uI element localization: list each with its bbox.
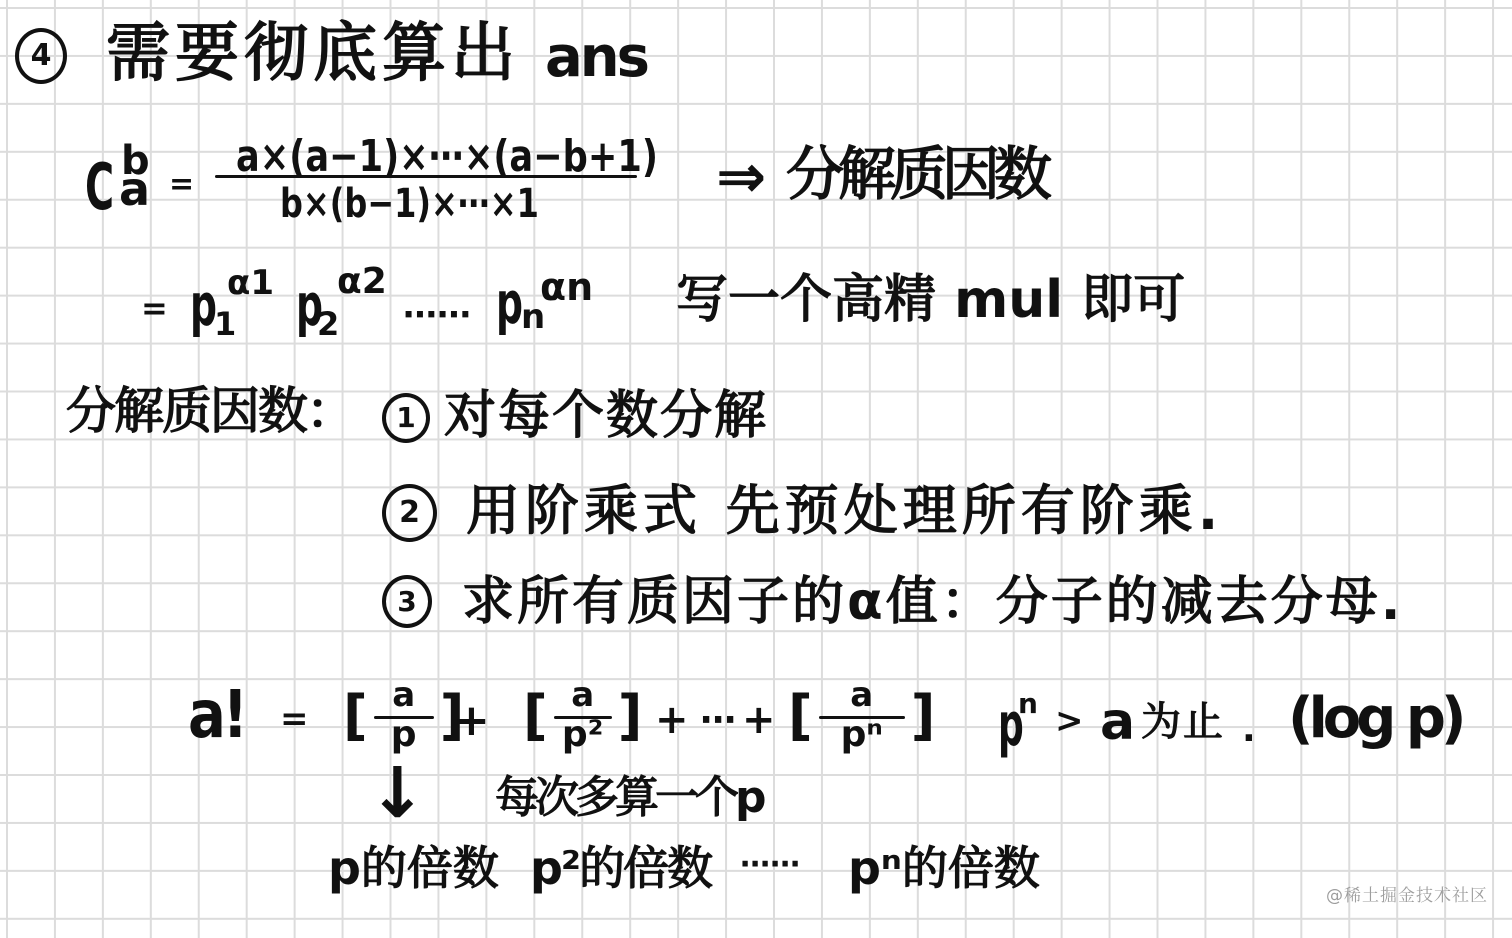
fraction-denominator: b×(b−1)×⋯×1 [280,184,539,224]
fraction-denominator: p [391,717,417,753]
plus-sign: + [655,700,689,740]
equals-sign: = [141,292,168,324]
fraction-bar [215,175,637,178]
bracket-close: ] [618,689,643,743]
prime-exponent: αn [540,268,593,306]
heading-title: 需要彻底算出 [106,22,520,86]
bracket-open: [ [788,689,813,743]
floor-term: [ a pⁿ ] [788,678,935,753]
combination-symbol: C [85,156,114,220]
down-arrow-icon: ↓ [368,758,427,828]
stop-period: . [1242,712,1256,748]
heading-number: 4 [31,41,52,71]
fraction-numerator: a×(a−1)×⋯×(a−b+1) [236,135,658,179]
fraction: a p² [554,678,612,753]
prime-exponent: α2 [337,264,387,300]
step-text: 对每个数分解 [444,390,768,442]
fraction-numerator: a [571,678,594,712]
heading-number-circle: 4 [15,28,67,84]
fraction-denominator: p² [562,717,604,753]
prime-subscript: 1 [214,308,236,340]
annotation-note: 每次多算一个p [495,776,763,820]
factorial-lhs: a! [188,682,245,748]
ellipsis: ⋯⋯ [403,298,471,332]
bracket-open: [ [343,689,368,743]
combination-subscript: a [119,166,150,212]
prime-exponent: α1 [227,266,274,300]
heading-suffix: ans [545,30,647,86]
watermark: @稀土掘金技术社区 [1326,888,1488,905]
plus-sign: + [453,699,490,743]
bracket-close: ] [911,689,936,743]
fraction: a p [374,678,434,753]
complexity-note: (log p) [1288,691,1462,747]
prime-base: p [190,276,217,334]
ellipsis: ⋯ [700,703,736,739]
step-text: 用阶乘式 先预处理所有阶乘. [466,484,1223,538]
step-number-circle: 1 [382,393,430,443]
stop-bound: a [1100,696,1135,748]
multiple-item: p²的倍数 [530,845,711,891]
stop-exponent: n [1018,690,1038,718]
step-number: 2 [399,498,420,528]
fraction: a pⁿ [819,678,905,753]
fraction-denominator: pⁿ [841,717,883,753]
equals-sign: = [280,702,309,736]
step-text: 求所有质因子的α值：分子的减去分母. [462,576,1403,628]
equals-sign: = [169,170,194,200]
stop-text: 为止 [1141,702,1225,742]
prime-base: p [496,274,523,332]
plus-sign: + [742,700,776,740]
floor-term: [ a p² ] [523,678,642,753]
prime-subscript: 2 [317,308,339,340]
multiple-item: pⁿ的倍数 [848,845,1040,891]
stop-relation: > [1055,704,1084,738]
methods-label: 分解质因数： [66,386,354,436]
fraction-numerator: a [850,678,873,712]
floor-term: [ a p ] [343,678,464,753]
fraction-numerator: a [392,678,415,712]
prime-product-note: 写一个高精 mul 即可 [676,274,1185,326]
multiple-item: p的倍数 [328,845,499,891]
implies-arrow-icon: ⇒ [716,147,766,207]
step-number-circle: 3 [382,575,432,628]
step-number: 3 [397,588,416,616]
ellipsis: ⋯⋯ [740,850,800,880]
step-number-circle: 2 [382,484,437,542]
step-number: 1 [396,404,415,432]
combination-note: 分解质因数 [786,145,1046,203]
bracket-open: [ [523,689,548,743]
